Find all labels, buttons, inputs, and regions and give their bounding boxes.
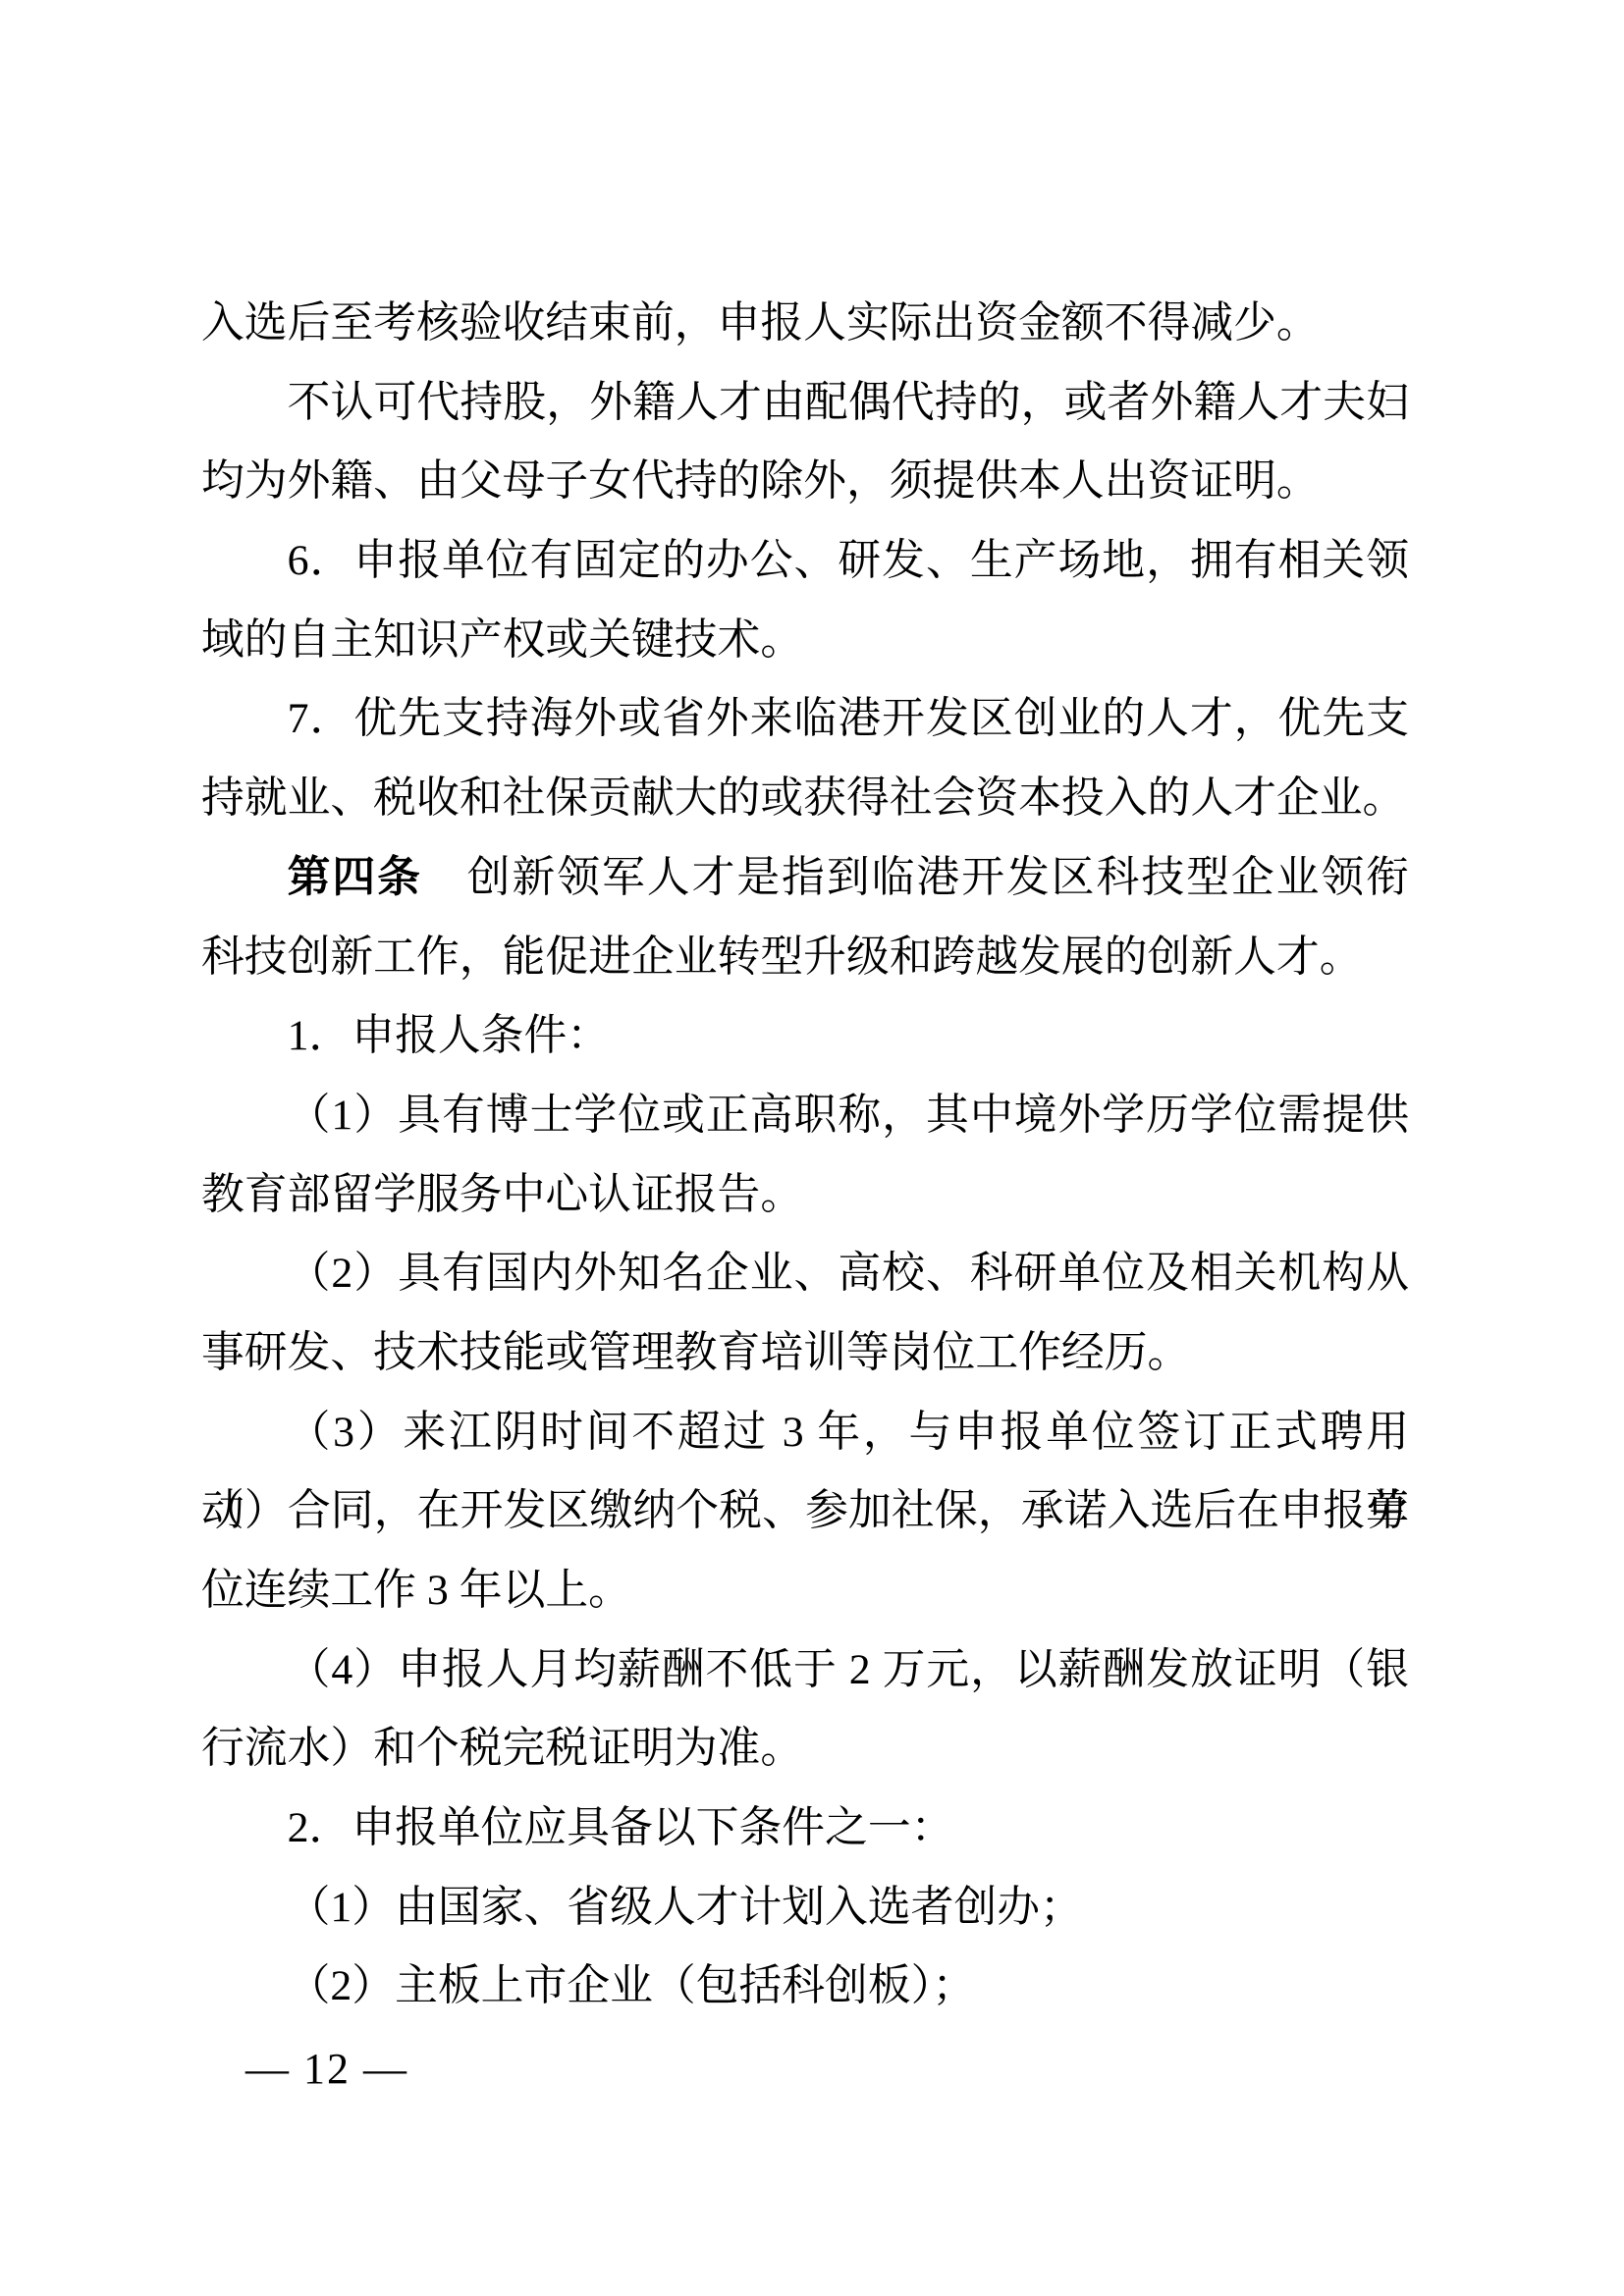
document-page: 入选后至考核验收结束前，申报人实际出资金额不得减少。不认可代持股，外籍人才由配偶… bbox=[0, 0, 1624, 2296]
text-line-15: （3）来江阴时间不超过 3 年，与申报单位签订正式聘用（劳 bbox=[201, 1393, 1409, 1472]
text-line-1: 入选后至考核验收结束前，申报人实际出资金额不得减少。 bbox=[201, 284, 1409, 363]
text-line-17: 位连续工作 3 年以上。 bbox=[201, 1551, 1409, 1630]
text-line-5: 域的自主知识产权或关键技术。 bbox=[201, 601, 1409, 680]
text-line-4: 6．申报单位有固定的办公、研发、生产场地，拥有相关领 bbox=[201, 521, 1409, 601]
text-line-11: （1）具有博士学位或正高职称，其中境外学历学位需提供 bbox=[201, 1076, 1409, 1155]
text-line-20: 2．申报单位应具备以下条件之一： bbox=[201, 1789, 1409, 1868]
text-line-19: 行流水）和个税完税证明为准。 bbox=[201, 1709, 1409, 1789]
document-body: 入选后至考核验收结束前，申报人实际出资金额不得减少。不认可代持股，外籍人才由配偶… bbox=[201, 284, 1409, 2026]
text-line-18: （4）申报人月均薪酬不低于 2 万元，以薪酬发放证明（银 bbox=[201, 1630, 1409, 1710]
text-line-9: 科技创新工作，能促进企业转型升级和跨越发展的创新人才。 bbox=[201, 918, 1409, 997]
text-line-22: （2）主板上市企业（包括科创板）； bbox=[201, 1947, 1409, 2026]
text-line-10: 1．申报人条件： bbox=[201, 996, 1409, 1076]
text-line-7: 持就业、税收和社保贡献大的或获得社会资本投入的人才企业。 bbox=[201, 759, 1409, 838]
text-line-3: 均为外籍、由父母子女代持的除外，须提供本人出资证明。 bbox=[201, 442, 1409, 521]
text-line-21: （1）由国家、省级人才计划入选者创办； bbox=[201, 1868, 1409, 1948]
text-line-6: 7．优先支持海外或省外来临港开发区创业的人才，优先支 bbox=[201, 679, 1409, 759]
text-line-13: （2）具有国内外知名企业、高校、科研单位及相关机构从 bbox=[201, 1234, 1409, 1313]
article-heading: 第四条 bbox=[288, 854, 422, 901]
text-line-12: 教育部留学服务中心认证报告。 bbox=[201, 1155, 1409, 1235]
text-line-14: 事研发、技术技能或管理教育培训等岗位工作经历。 bbox=[201, 1313, 1409, 1393]
text-line-8: 第四条 创新领军人才是指到临港开发区科技型企业领衔 bbox=[201, 838, 1409, 918]
text-line-16: 动）合同，在开发区缴纳个税、参加社保，承诺入选后在申报单 bbox=[201, 1471, 1409, 1551]
page-number: — 12 — bbox=[245, 2048, 408, 2091]
text-line-2: 不认可代持股，外籍人才由配偶代持的，或者外籍人才夫妇 bbox=[201, 363, 1409, 443]
